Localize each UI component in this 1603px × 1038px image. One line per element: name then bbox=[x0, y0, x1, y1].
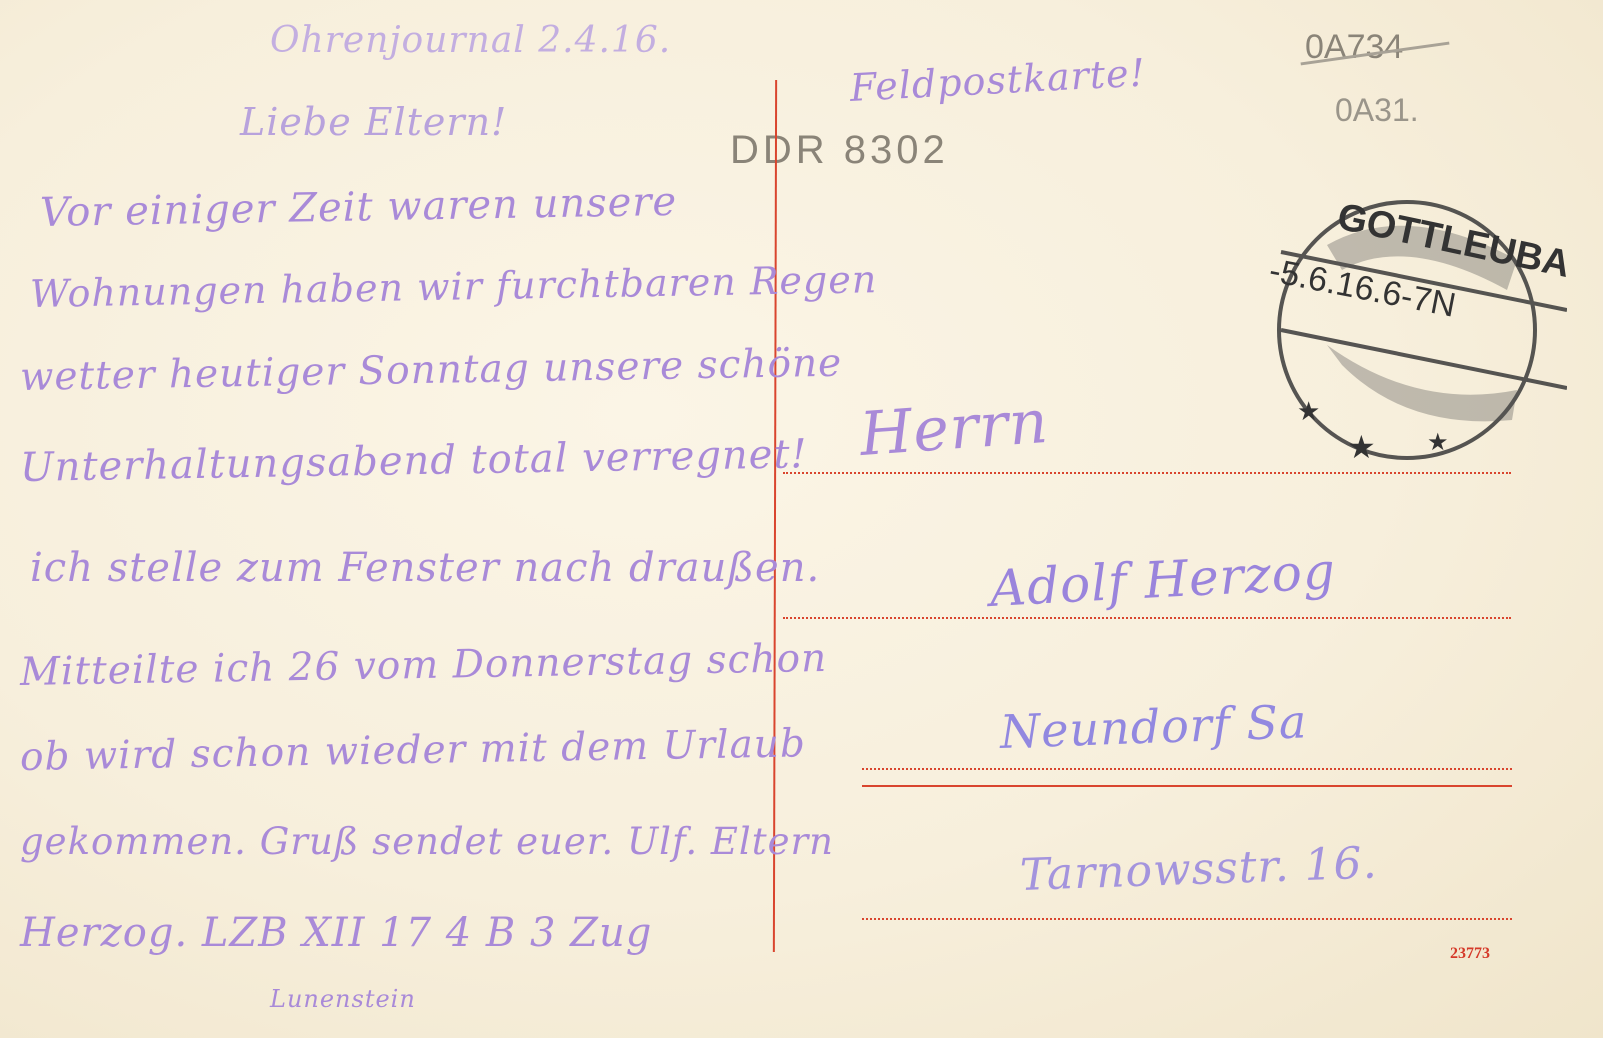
message-line-6: Mitteilte ich 26 vom Donnerstag schon bbox=[20, 636, 828, 695]
message-line-7: ob wird schon wieder mit dem Urlaub bbox=[20, 721, 807, 780]
postcard-back: 0A734 0A31. DDR 8302 Feldpostkarte! GOTT… bbox=[0, 0, 1603, 1038]
archive-code-2: 0A31. bbox=[1335, 92, 1419, 129]
svg-text:★: ★ bbox=[1297, 397, 1320, 426]
message-line-5: ich stelle zum Fenster nach draußen. bbox=[30, 545, 820, 591]
message-line-1: Vor einiger Zeit waren unsere bbox=[40, 179, 678, 236]
postmark-stamp: GOTTLEUBA -5.6.16.6-7N ★ ★ ★ bbox=[1267, 190, 1567, 490]
postmark-date: -5.6.16.6-7N bbox=[1267, 251, 1459, 324]
ddr-code: DDR 8302 bbox=[730, 128, 949, 173]
feldpostkarte-label: Feldpostkarte! bbox=[849, 51, 1147, 110]
address-line-3 bbox=[862, 768, 1512, 770]
recipient-street: Tarnowsstr. 16. bbox=[1019, 838, 1378, 901]
message-salutation: Liebe Eltern! bbox=[240, 100, 507, 144]
address-line-4 bbox=[862, 918, 1512, 920]
svg-text:★: ★ bbox=[1347, 429, 1376, 465]
recipient-name: Adolf Herzog bbox=[988, 542, 1337, 618]
message-line-8: gekommen. Gruß sendet euer. Ulf. Eltern bbox=[20, 820, 834, 863]
message-line-2: Wohnungen haben wir furchtbaren Regen bbox=[30, 257, 878, 316]
address-line-1 bbox=[783, 472, 1511, 474]
message-line-4: Unterhaltungsabend total verregnet! bbox=[20, 431, 808, 491]
address-line-2 bbox=[783, 617, 1511, 619]
message-date: Ohrenjournal 2.4.16. bbox=[270, 20, 671, 61]
svg-text:★: ★ bbox=[1427, 430, 1449, 456]
address-salutation: Herrn bbox=[858, 387, 1051, 470]
message-line-3: wetter heutiger Sonntag unsere schöne bbox=[20, 341, 843, 400]
print-number: 23773 bbox=[1450, 945, 1490, 963]
message-footer: Lunenstein bbox=[270, 985, 416, 1013]
message-line-9: Herzog. LZB XII 17 4 B 3 Zug bbox=[20, 910, 652, 956]
recipient-place: Neundorf Sa bbox=[999, 694, 1308, 759]
address-underline-red bbox=[862, 785, 1512, 787]
